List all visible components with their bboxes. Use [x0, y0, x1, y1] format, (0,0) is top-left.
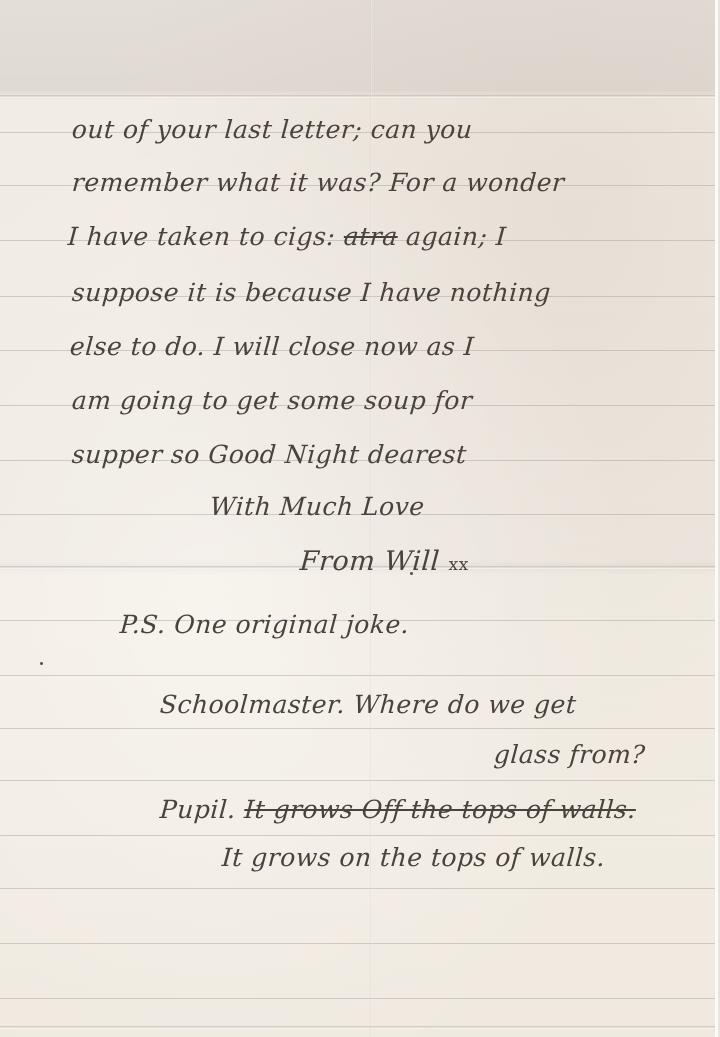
pupil-struck-answer: It grows Off the tops of walls.: [243, 795, 637, 824]
ruled-line: [0, 835, 718, 836]
pupil-label: Pupil.: [159, 795, 237, 824]
ruled-line: [0, 675, 718, 676]
letter-line-3: I have taken to cigs: atra again; I: [67, 222, 507, 251]
ruled-line: [0, 728, 718, 729]
valediction: With Much Love: [209, 492, 426, 521]
letter-line-3-text: I have taken to cigs:: [67, 222, 336, 251]
schoolmaster-line-1: Schoolmaster. Where do we get: [159, 690, 578, 719]
letter-line-1: out of your last letter; can you: [71, 115, 474, 144]
letter-line-4: suppose it is because I have nothing: [71, 278, 552, 307]
fold-crease-bottom: [0, 1026, 718, 1029]
schoolmaster-line-2: glass from?: [493, 740, 646, 769]
pupil-line: Pupil. It grows Off the tops of walls.: [159, 795, 637, 824]
ruled-line: [0, 780, 718, 781]
kisses: xx: [448, 555, 470, 575]
signature-name: From Will: [299, 546, 441, 577]
signature: From Will xx: [299, 546, 470, 577]
postscript-heading: P.S. One original joke.: [119, 610, 410, 639]
letter-line-5: else to do. I will close now as I: [69, 332, 475, 361]
ink-speck: [410, 572, 413, 575]
letter-page: out of your last letter; can you remembe…: [0, 0, 718, 1037]
ruled-line: [0, 943, 718, 944]
letter-line-6: am going to get some soup for: [71, 386, 474, 415]
letter-line-2: remember what it was? For a wonder: [71, 168, 566, 197]
pupil-answer: It grows on the tops of walls.: [221, 843, 606, 872]
struck-word: atra: [343, 222, 399, 251]
ruled-line: [0, 888, 718, 889]
paper-edge: [715, 0, 718, 1037]
fold-crease-top: [0, 95, 718, 98]
letter-line-3-tail: again; I: [405, 222, 507, 251]
ruled-line: [0, 998, 718, 999]
ink-speck: [40, 662, 43, 665]
letter-line-7: supper so Good Night dearest: [71, 440, 468, 469]
